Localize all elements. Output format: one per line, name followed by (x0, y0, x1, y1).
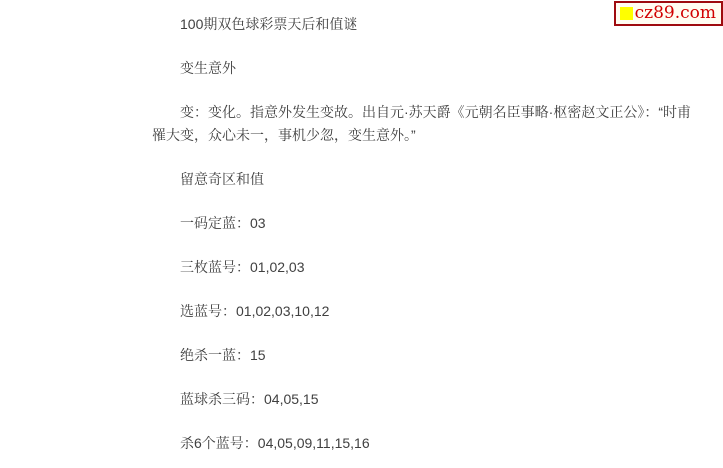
article-paragraph: 蓝球杀三码：04,05,15 (152, 388, 697, 411)
article-paragraph: 选蓝号：01,02,03,10,12 (152, 300, 697, 323)
article-page: cz89.com 100期双色球彩票天后和值谜 变生意外 变：变化。指意外发生变… (0, 0, 723, 455)
site-logo[interactable]: cz89.com (614, 1, 723, 26)
site-logo-text: cz89.com (635, 5, 716, 22)
article-paragraph: 变：变化。指意外发生变故。出自元·苏天爵《元朝名臣事略·枢密赵文正公》：“时甫罹… (152, 101, 697, 147)
article-paragraph: 变生意外 (152, 57, 697, 80)
article-content: 100期双色球彩票天后和值谜 变生意外 变：变化。指意外发生变故。出自元·苏天爵… (0, 0, 723, 455)
article-paragraph: 留意奇区和值 (152, 168, 697, 191)
yellow-square-icon (620, 7, 633, 20)
article-paragraph: 杀6个蓝号：04,05,09,11,15,16 (152, 432, 697, 455)
article-paragraph: 一码定蓝：03 (152, 212, 697, 235)
article-paragraph: 绝杀一蓝：15 (152, 344, 697, 367)
article-paragraph: 三枚蓝号：01,02,03 (152, 256, 697, 279)
